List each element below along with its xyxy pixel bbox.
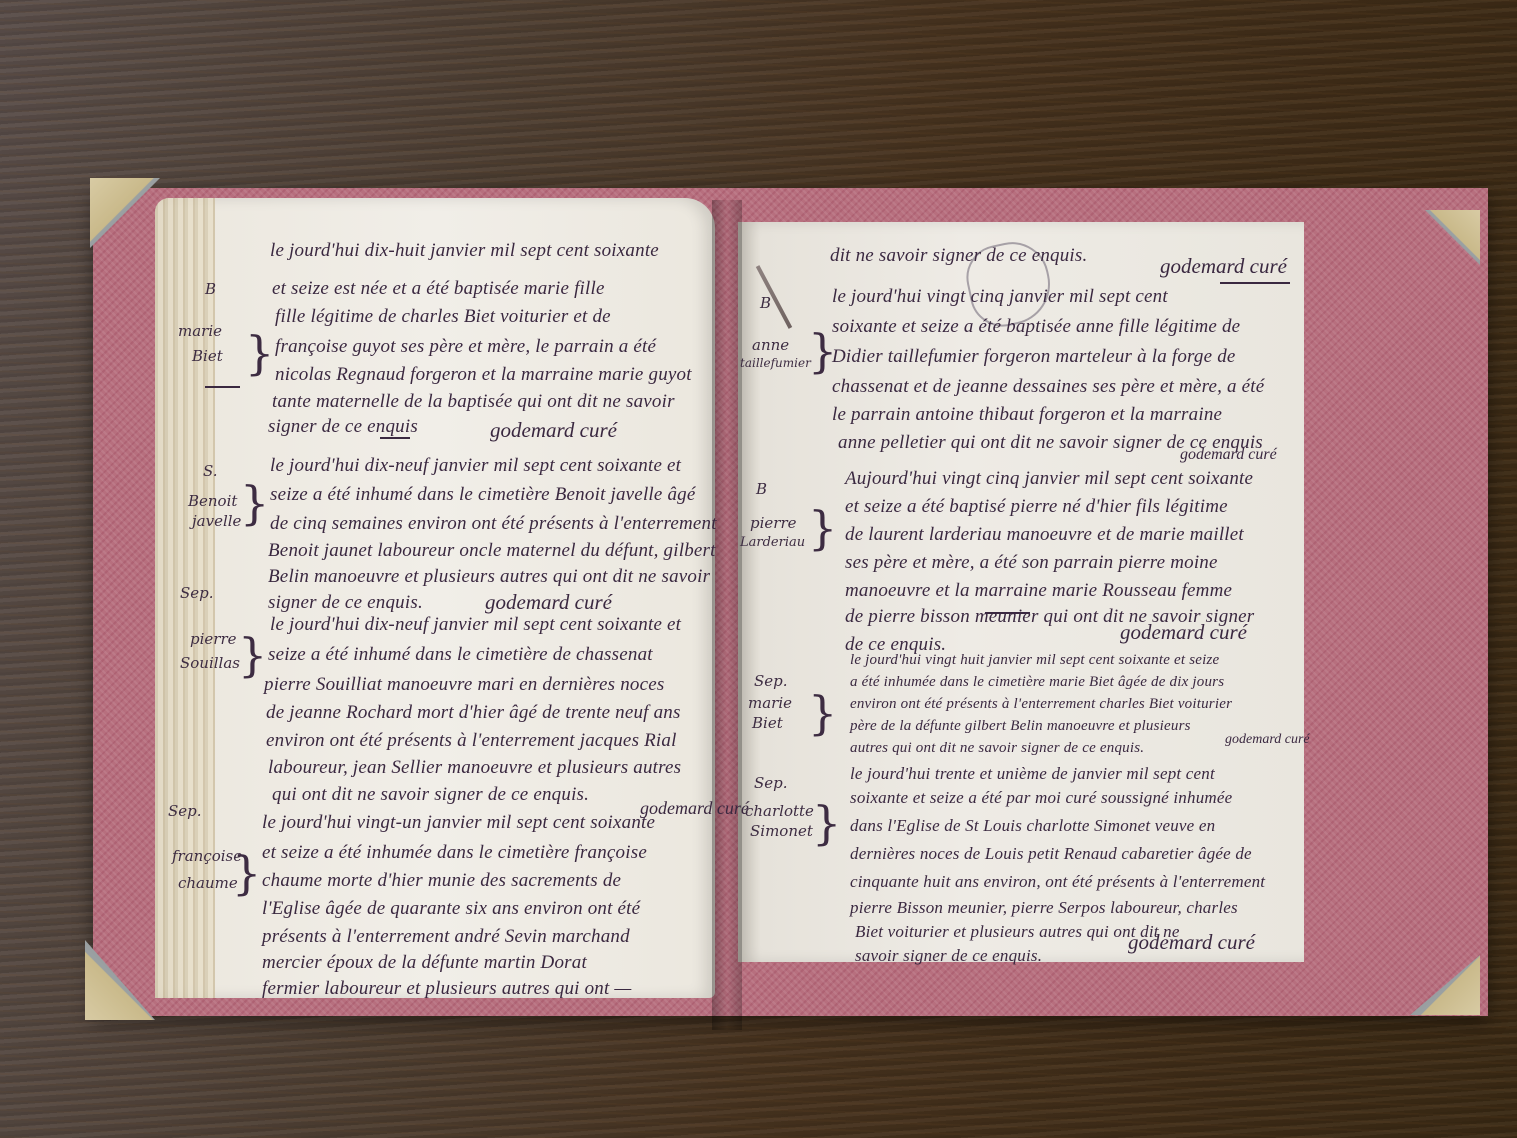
brace-icon: } (232, 850, 261, 896)
entry-line: qui ont dit ne savoir signer de ce enqui… (272, 784, 589, 806)
margin-surname: taillefumier (740, 352, 811, 374)
entry-line: de cinq semaines environ ont été présent… (270, 513, 717, 535)
margin-surname: Biet (752, 712, 783, 734)
margin-act-type: Sep. (180, 582, 214, 604)
brace-icon: } (238, 632, 267, 678)
margin-surname: Simonet (750, 820, 813, 842)
entry-line: père de la défunte gilbert Belin manoeuv… (850, 718, 1191, 735)
entry-line: le jourd'hui dix-neuf janvier mil sept c… (270, 455, 681, 477)
entry-line: Benoit jaunet laboureur oncle maternel d… (268, 540, 716, 562)
entry-line: le jourd'hui vingt-un janvier mil sept c… (262, 812, 655, 834)
curate-signature: godemard curé (640, 798, 749, 819)
entry-line: de jeanne Rochard mort d'hier âgé de tre… (266, 702, 681, 724)
entry-line: le jourd'hui dix-neuf janvier mil sept c… (270, 614, 681, 636)
entry-line: chassenat et de jeanne dessaines ses pèr… (832, 376, 1264, 398)
brace-icon: } (808, 690, 837, 736)
entry-line: et seize a été baptisé pierre né d'hier … (845, 496, 1228, 518)
divider (205, 386, 240, 388)
curate-signature: godemard curé (1128, 930, 1255, 955)
entry-line: manoeuvre et la marraine marie Rousseau … (845, 580, 1232, 602)
entry-line: savoir signer de ce enquis. (855, 946, 1042, 966)
margin-surname: chaume (178, 872, 238, 894)
entry-line: dans l'Eglise de St Louis charlotte Simo… (850, 816, 1215, 836)
entry-line: seize a été inhumé dans le cimetière Ben… (270, 484, 696, 506)
entry-line: environ ont été présents à l'enterrement… (850, 696, 1232, 713)
margin-act-type: Sep. (168, 800, 202, 822)
brace-icon: } (808, 505, 837, 551)
margin-first-name: marie (748, 692, 792, 714)
brace-icon: } (240, 480, 269, 526)
margin-first-name: Benoit (188, 490, 237, 512)
entry-line: Didier taillefumier forgeron marteleur à… (832, 346, 1236, 368)
entry-line: autres qui ont dit ne savoir signer de c… (850, 740, 1144, 757)
curate-signature: godemard curé (485, 590, 612, 615)
book-gutter (712, 200, 742, 1030)
margin-first-name: pierre (750, 512, 797, 534)
curate-signature: godemard curé (1160, 254, 1287, 279)
entry-line: mercier époux de la défunte martin Dorat (262, 952, 587, 974)
entry-line: Aujourd'hui vingt cinq janvier mil sept … (845, 468, 1253, 490)
entry-line: et seize est née et a été baptisée marie… (272, 278, 605, 300)
margin-first-name: marie (178, 320, 222, 342)
entry-line: l'Eglise âgée de quarante six ans enviro… (262, 898, 640, 920)
entry-line: présents à l'enterrement andré Sevin mar… (262, 926, 630, 948)
entry-line: laboureur, jean Sellier manoeuvre et plu… (268, 757, 681, 779)
margin-surname: Souillas (180, 652, 240, 674)
entry-line: le jourd'hui trente et unième de janvier… (850, 764, 1215, 784)
entry-line: nicolas Regnaud forgeron et la marraine … (275, 364, 692, 386)
entry-line: Belin manoeuvre et plusieurs autres qui … (268, 566, 710, 588)
entry-line: et seize a été inhumée dans le cimetière… (262, 842, 647, 864)
margin-act-type: S. (203, 460, 218, 482)
entry-line: chaume morte d'hier munie des sacrements… (262, 870, 621, 892)
entry-line: le jourd'hui dix-huit janvier mil sept c… (270, 240, 659, 262)
margin-act-type: B (205, 278, 216, 300)
entry-line: soixante et seize a été baptisée anne fi… (832, 316, 1240, 338)
margin-act-type: B (760, 292, 771, 314)
curate-signature: godemard curé (1180, 446, 1277, 464)
curate-signature: godemard curé (1120, 620, 1247, 645)
entry-line: dit ne savoir signer de ce enquis. (830, 245, 1087, 267)
divider (380, 437, 410, 439)
entry-line: de laurent larderiau manoeuvre et de mar… (845, 524, 1244, 546)
entry-line: environ ont été présents à l'enterrement… (266, 730, 677, 752)
entry-line: a été inhumée dans le cimetière marie Bi… (850, 674, 1224, 691)
entry-line: françoise guyot ses père et mère, le par… (275, 336, 656, 358)
brace-icon: } (245, 330, 274, 376)
margin-surname: javelle (192, 510, 241, 532)
margin-surname: Biet (192, 345, 223, 367)
margin-first-name: pierre (190, 628, 237, 650)
entry-line: pierre Souilliat manoeuvre mari en derni… (264, 674, 664, 696)
entry-line: pierre Bisson meunier, pierre Serpos lab… (850, 898, 1238, 918)
entry-line: signer de ce enquis. (268, 592, 423, 614)
entry-line: cinquante huit ans environ, ont été prés… (850, 872, 1265, 892)
curate-signature: godemard curé (490, 418, 617, 443)
divider (1220, 282, 1290, 284)
entry-line: le jourd'hui vingt cinq janvier mil sept… (832, 286, 1168, 308)
brace-icon: } (812, 800, 841, 846)
margin-act-type: Sep. (754, 772, 788, 794)
entry-line: le jourd'hui vingt huit janvier mil sept… (850, 652, 1219, 669)
entry-line: soixante et seize a été par moi curé sou… (850, 788, 1232, 808)
margin-act-type: Sep. (754, 670, 788, 692)
entry-line: fille légitime de charles Biet voiturier… (275, 306, 611, 328)
entry-line: dernières noces de Louis petit Renaud ca… (850, 844, 1252, 864)
entry-line: signer de ce enquis (268, 416, 418, 438)
curate-signature: godemard curé (1225, 732, 1310, 748)
entry-line: ses père et mère, a été son parrain pier… (845, 552, 1218, 574)
entry-line: le parrain antoine thibaut forgeron et l… (832, 404, 1222, 426)
entry-line: fermier laboureur et plusieurs autres qu… (262, 978, 632, 1000)
margin-surname: Larderiau (740, 532, 805, 554)
entry-line: seize a été inhumé dans le cimetière de … (268, 644, 653, 666)
divider (985, 612, 1030, 614)
margin-first-name: charlotte (745, 800, 814, 822)
margin-act-type: B (756, 478, 767, 500)
entry-line: tante maternelle de la baptisée qui ont … (272, 391, 675, 413)
